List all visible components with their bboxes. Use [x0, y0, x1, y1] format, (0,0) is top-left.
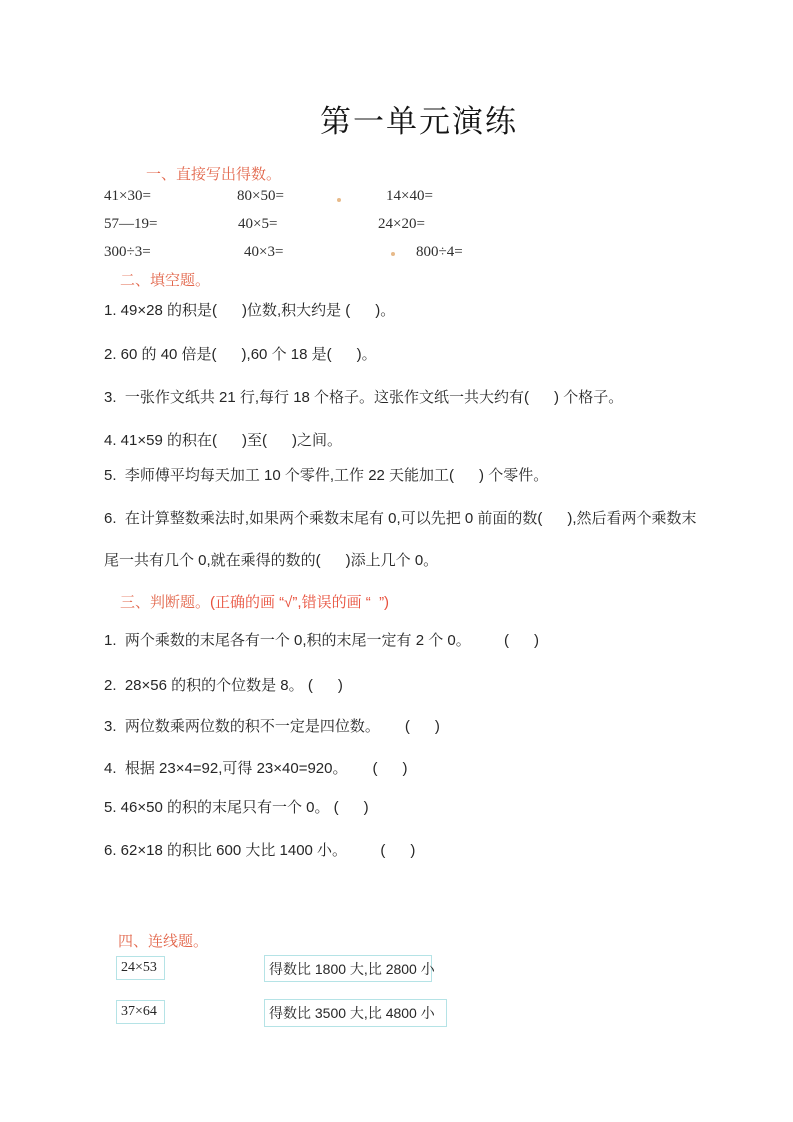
judgment-question-1: 1. 两个乘数的末尾各有一个 0,积的末尾一定有 2 个 0。 ( ) — [104, 631, 539, 651]
fill-blank-question-6-line2: 尾一共有几个 0,就在乘得的数的( )添上几个 0。 — [104, 551, 438, 571]
calc-item: 14×40= — [386, 188, 433, 205]
section3-heading-note: (正确的画 “√”,错误的画 “ ”) — [210, 594, 389, 611]
fill-blank-question-5: 5. 李师傅平均每天加工 10 个零件,工作 22 天能加工( ) 个零件。 — [104, 466, 548, 486]
calc-item: 40×3= — [244, 244, 283, 261]
section3-heading-label: 三、判断题。 — [120, 595, 210, 611]
match-left-box-2: 37×64 — [116, 1000, 165, 1024]
fill-blank-question-3: 3. 一张作文纸共 21 行,每行 18 个格子。这张作文纸一共大约有( ) 个… — [104, 388, 623, 408]
judgment-question-5: 5. 46×50 的积的末尾只有一个 0。 ( ) — [104, 798, 369, 818]
calc-item: 40×5= — [238, 216, 277, 233]
page-title: 第一单元演练 — [104, 96, 734, 141]
calc-item: 57—19= — [104, 216, 157, 233]
judgment-question-6: 6. 62×18 的积比 600 大比 1400 小。 ( ) — [104, 841, 415, 861]
match-left-box-1: 24×53 — [116, 956, 165, 980]
section4-heading: 四、连线题。 — [118, 930, 208, 951]
match-right-box-2: 得数比 3500 大,比 4800 小 — [264, 999, 447, 1027]
calc-item: 300÷3= — [104, 244, 151, 261]
section2-heading: 二、填空题。 — [120, 269, 210, 290]
judgment-question-2: 2. 28×56 的积的个位数是 8。 ( ) — [104, 676, 343, 696]
stray-mark-dot — [337, 198, 341, 202]
fill-blank-question-6-line1: 6. 在计算整数乘法时,如果两个乘数末尾有 0,可以先把 0 前面的数( ),然… — [104, 509, 697, 529]
worksheet-page: 第一单元演练 一、直接写出得数。 41×30= 80×50= 14×40= 57… — [0, 0, 793, 1122]
calc-item: 800÷4= — [416, 244, 463, 261]
stray-mark-dot — [391, 252, 395, 256]
match-right-box-1: 得数比 1800 大,比 2800 小 — [264, 955, 432, 982]
judgment-question-4: 4. 根据 23×4=92,可得 23×40=920。 ( ) — [104, 759, 408, 779]
judgment-question-3: 3. 两位数乘两位数的积不一定是四位数。 ( ) — [104, 717, 440, 737]
section3-heading: 三、判断题。(正确的画 “√”,错误的画 “ ”) — [120, 591, 389, 612]
calc-item: 80×50= — [237, 188, 284, 205]
section1-heading: 一、直接写出得数。 — [146, 163, 281, 184]
fill-blank-question-4: 4. 41×59 的积在( )至( )之间。 — [104, 431, 342, 451]
fill-blank-question-2: 2. 60 的 40 倍是( ),60 个 18 是( )。 — [104, 345, 377, 365]
fill-blank-question-1: 1. 49×28 的积是( )位数,积大约是 ( )。 — [104, 301, 395, 321]
calc-item: 24×20= — [378, 216, 425, 233]
calc-item: 41×30= — [104, 188, 151, 205]
